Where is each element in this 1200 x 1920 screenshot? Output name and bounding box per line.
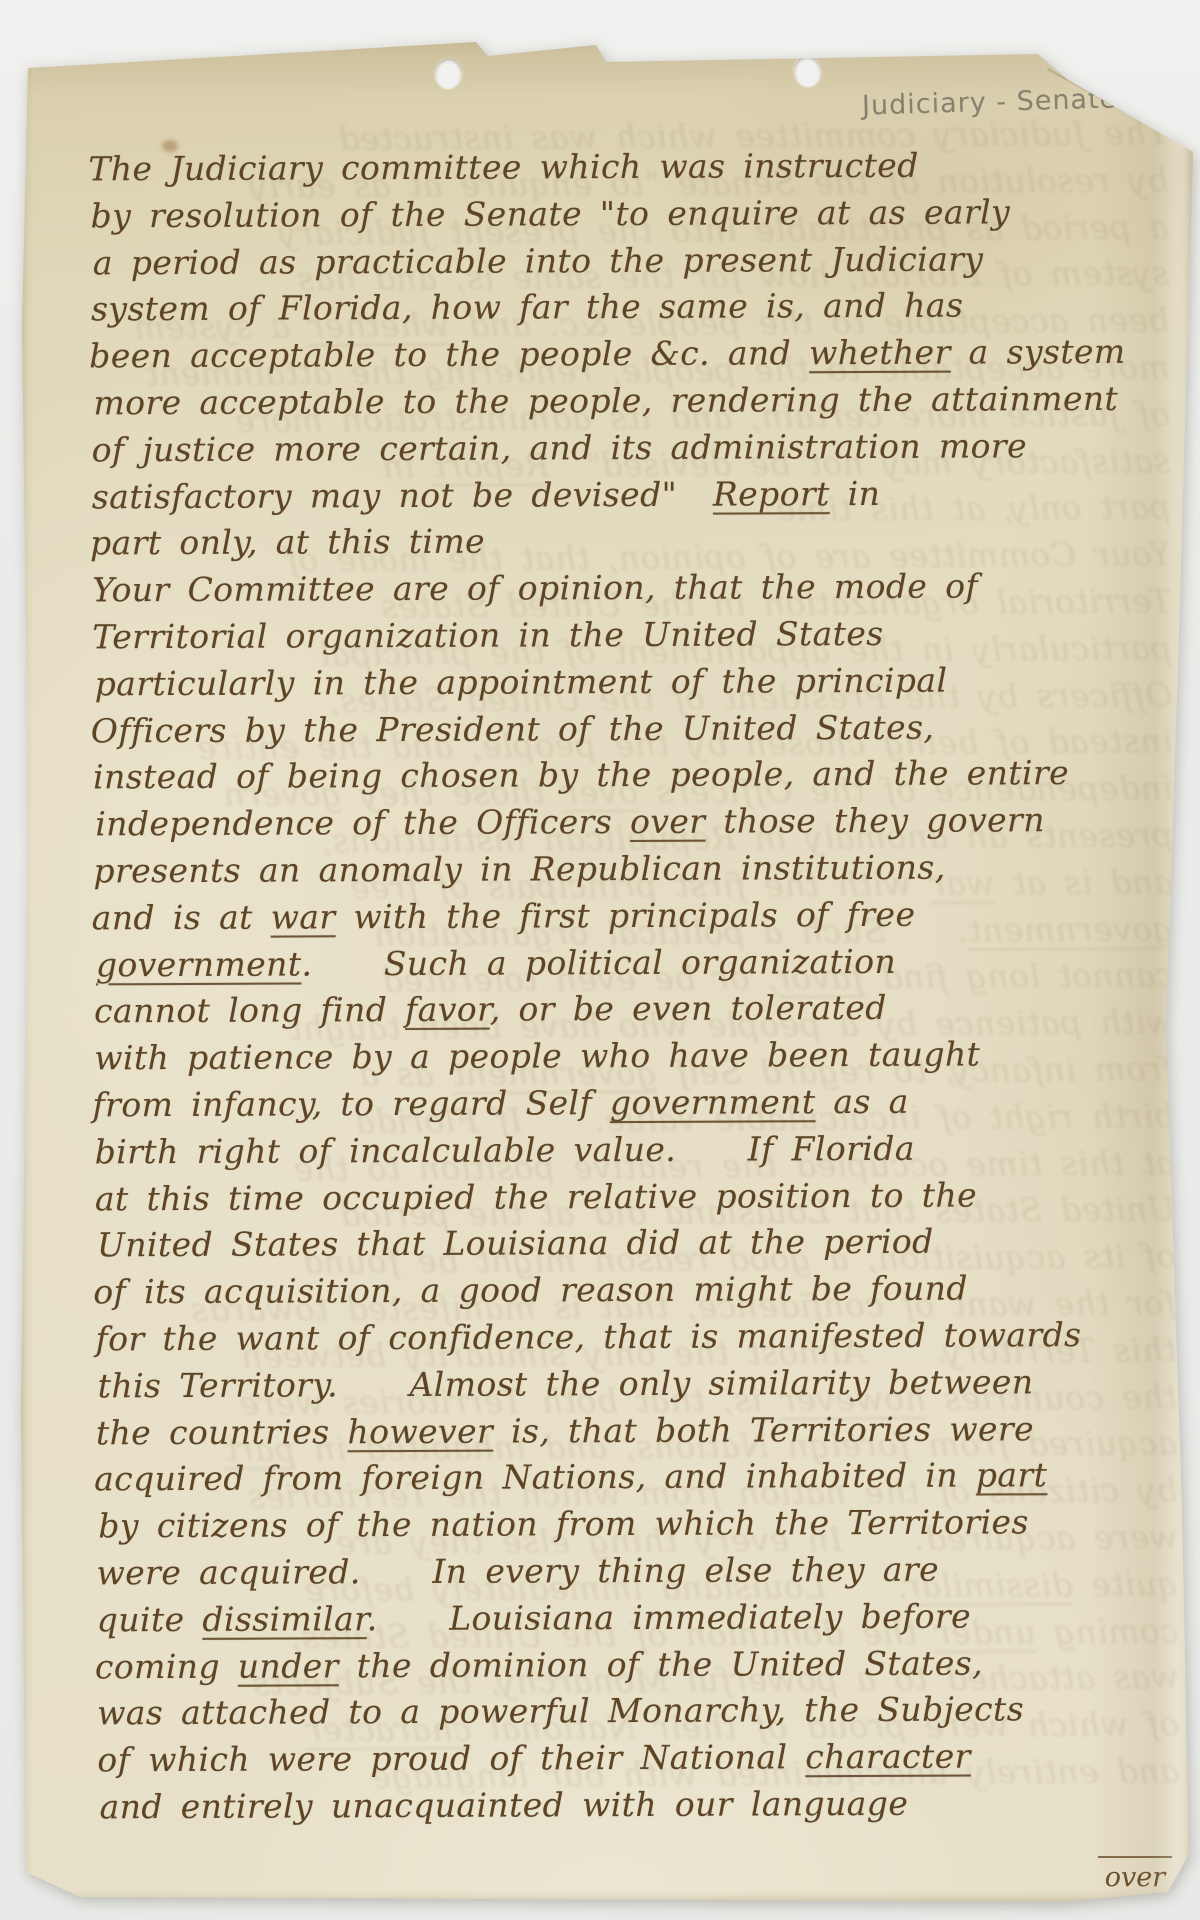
- manuscript-line: part only, at this time: [90, 516, 1170, 568]
- underlined-word: dissimilar: [202, 1599, 366, 1639]
- manuscript-line: quite dissimilar. Louisiana immediately …: [97, 1592, 1177, 1644]
- archival-annotation: Judiciary - Senate - 1844: [862, 81, 1193, 121]
- manuscript-line: more acceptable to the people, rendering…: [93, 376, 1173, 428]
- manuscript-line: for the want of confidence, that is mani…: [95, 1312, 1175, 1364]
- manuscript-line: of which were proud of their National ch…: [97, 1733, 1177, 1785]
- manuscript-line: Officers by the President of the United …: [91, 703, 1171, 755]
- manuscript-line: by citizens of the nation from which the…: [98, 1499, 1178, 1551]
- manuscript-line: birth right of incalculable value. If Fl…: [95, 1124, 1175, 1176]
- punch-hole-left: [433, 56, 464, 90]
- manuscript-line: this Territory. Almost the only similari…: [98, 1358, 1178, 1410]
- manuscript-line: of its acquisition, a good reason might …: [93, 1265, 1173, 1317]
- manuscript-line: was attached to a powerful Monarchy, the…: [97, 1686, 1177, 1738]
- underlined-word: favor: [405, 990, 490, 1029]
- underlined-word: whether: [809, 333, 951, 373]
- manuscript-line: United States that Louisiana did at the …: [97, 1218, 1177, 1270]
- scan-background: Judiciary - Senate - 1844 The Judiciary …: [0, 0, 1200, 1920]
- manuscript-line: system of Florida, how far the same is, …: [91, 282, 1171, 334]
- underlined-word: character: [805, 1737, 971, 1777]
- underlined-word: war: [271, 897, 336, 936]
- manuscript-line: by resolution of the Senate "to enquire …: [91, 188, 1171, 240]
- underlined-word: over: [630, 802, 706, 841]
- over-label: over: [1105, 1862, 1165, 1893]
- manuscript-line: instead of being chosen by the people, a…: [93, 750, 1173, 802]
- manuscript-line: with patience by a people who have been …: [94, 1031, 1174, 1083]
- manuscript-line: and entirely unacquainted with our langu…: [99, 1780, 1179, 1832]
- over-underline: [1098, 1856, 1172, 1858]
- manuscript-line: Your Committee are of opinion, that the …: [92, 563, 1172, 615]
- manuscript-line: of justice more certain, and its adminis…: [92, 422, 1172, 474]
- underlined-word: under: [238, 1646, 339, 1685]
- punch-hole-right: [792, 55, 822, 89]
- manuscript-text: The Judiciary committee which was instru…: [90, 142, 1177, 1831]
- manuscript-line: The Judiciary committee which was instru…: [88, 142, 1168, 194]
- underlined-word: however: [347, 1411, 493, 1451]
- manuscript-line: from infancy, to regard Self government …: [92, 1078, 1172, 1130]
- manuscript-line: Territorial organization in the United S…: [92, 610, 1172, 662]
- manuscript-line: particularly in the appointment of the p…: [95, 656, 1175, 708]
- manuscript-line: cannot long find favor, or be even toler…: [94, 984, 1174, 1036]
- manuscript-line: presents an anomaly in Republican instit…: [93, 844, 1173, 896]
- manuscript-line: government. Such a political organizatio…: [96, 937, 1176, 989]
- underlined-word: part: [976, 1456, 1048, 1495]
- page-turn-marker: over: [1098, 1856, 1172, 1893]
- manuscript-line: been acceptable to the people &c. and wh…: [89, 329, 1169, 381]
- underlined-word: government: [96, 944, 302, 984]
- manuscript-line: at this time occupied the relative posit…: [95, 1171, 1175, 1223]
- manuscript-line: satisfactory may not be devised" Report …: [92, 469, 1172, 521]
- manuscript-line: independence of the Officers over those …: [95, 797, 1175, 849]
- manuscript-page: Judiciary - Senate - 1844 The Judiciary …: [16, 28, 1196, 1906]
- underlined-word: government: [610, 1082, 816, 1122]
- manuscript-line: the countries however is, that both Terr…: [96, 1405, 1176, 1457]
- manuscript-line: coming under the dominion of the United …: [95, 1639, 1175, 1691]
- underlined-word: Report: [713, 474, 830, 514]
- manuscript-line: were acquired. In every thing else they …: [96, 1546, 1176, 1598]
- manuscript-line: acquired from foreign Nations, and inhab…: [94, 1452, 1174, 1504]
- manuscript-line: and is at war with the first principals …: [92, 890, 1172, 942]
- manuscript-line: a period as practicable into the present…: [93, 235, 1173, 287]
